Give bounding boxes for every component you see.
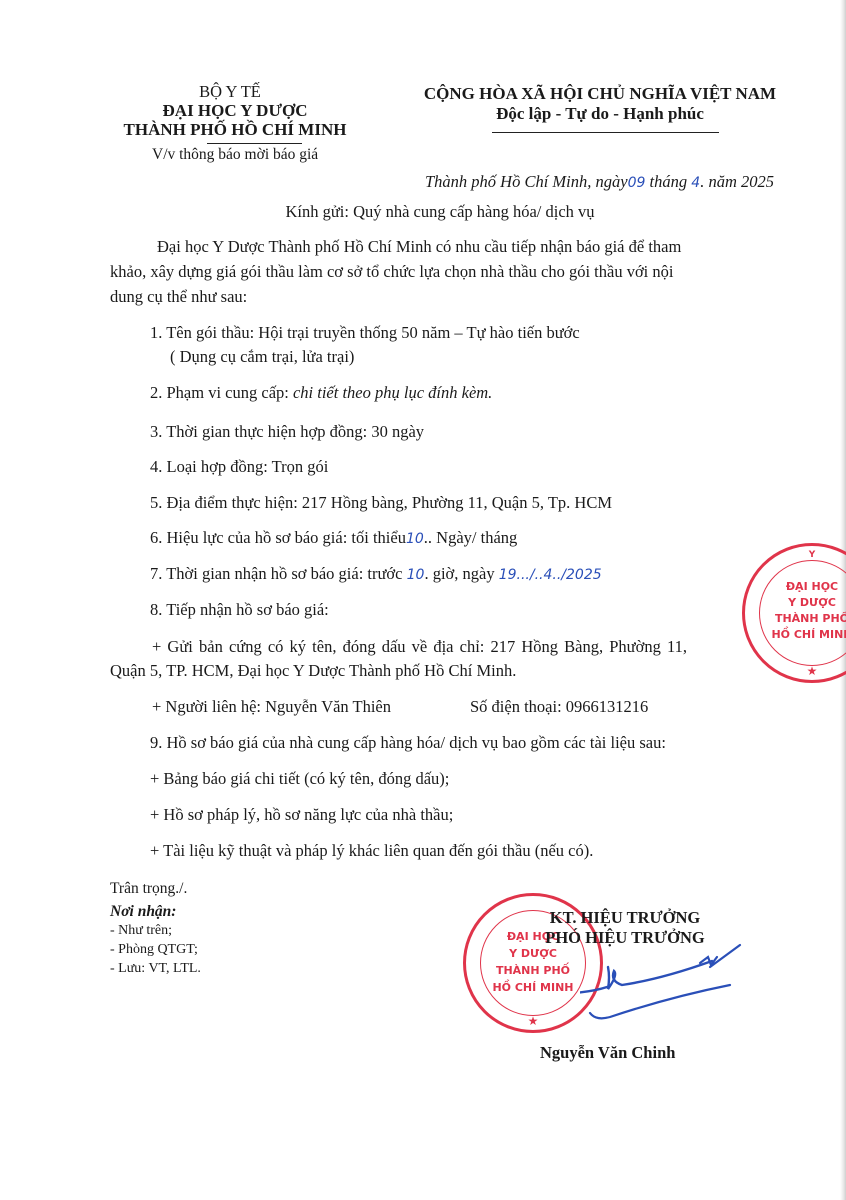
intro-line2: khảo, xây dựng giá gói thầu làm cơ sở tổ…	[110, 262, 673, 282]
stamp-top-text: Y	[745, 550, 846, 560]
item-7: 7. Thời gian nhận hồ sơ báo giá: trước 1…	[150, 564, 602, 584]
item-1-line1: 1. Tên gói thầu: Hội trại truyền thống 5…	[150, 323, 580, 343]
item-8-send-line1: + Gửi bản cứng có ký tên, đóng dấu về đị…	[152, 637, 687, 657]
item-7-mid: . giờ, ngày	[424, 564, 494, 583]
signer-name: Nguyễn Văn Chinh	[540, 1043, 675, 1063]
date-month: 4	[691, 175, 700, 191]
item-6: 6. Hiệu lực của hồ sơ báo giá: tối thiểu…	[150, 528, 517, 548]
item-2: 2. Phạm vi cung cấp: chi tiết theo phụ l…	[150, 383, 492, 403]
item-2-value: chi tiết theo phụ lục đính kèm.	[293, 383, 492, 402]
item-6-prefix: 6. Hiệu lực của hồ sơ báo giá: tối thiểu	[150, 528, 406, 547]
recipients-item: - Lưu: VT, LTL.	[110, 961, 201, 977]
item-2-label: 2. Phạm vi cung cấp:	[150, 383, 293, 402]
national-motto: Độc lập - Tự do - Hạnh phúc	[420, 104, 780, 124]
stamp-line: HỒ CHÍ MINH	[745, 628, 846, 641]
item-8: 8. Tiếp nhận hồ sơ báo giá:	[150, 600, 329, 620]
recipients-item: - Như trên;	[110, 923, 172, 939]
item-9: 9. Hồ sơ báo giá của nhà cung cấp hàng h…	[150, 733, 666, 753]
item-7-hour: 10	[407, 567, 425, 583]
recipient-line: Kính gửi: Quý nhà cung cấp hàng hóa/ dịc…	[180, 202, 700, 222]
stamp-line: ĐẠI HỌC	[745, 580, 846, 593]
official-stamp-margin: Y ĐẠI HỌC Y DƯỢC THÀNH PHỐ HỒ CHÍ MINH ★	[742, 543, 846, 683]
item-4: 4. Loại hợp đồng: Trọn gói	[150, 457, 328, 477]
item-9-sub1: + Bảng báo giá chi tiết (có ký tên, đóng…	[150, 769, 449, 789]
stamp-star-icon: ★	[745, 664, 846, 678]
item-1-line2: ( Dụng cụ cắm trại, lửa trại)	[170, 347, 354, 367]
recipients-title: Nơi nhận:	[110, 903, 176, 921]
contact-phone: Số điện thoại: 0966131216	[470, 697, 648, 717]
item-6-handwritten: 10	[406, 531, 424, 547]
org-name-line1: ĐẠI HỌC Y DƯỢC	[110, 101, 360, 121]
handwritten-signature-icon	[580, 935, 760, 1045]
item-6-suffix: .. Ngày/ tháng	[424, 528, 517, 547]
nation-title: CỘNG HÒA XÃ HỘI CHỦ NGHĨA VIỆT NAM	[420, 84, 780, 104]
item-5: 5. Địa điểm thực hiện: 217 Hồng bàng, Ph…	[150, 493, 612, 513]
closing: Trân trọng./.	[110, 880, 187, 898]
date-year: . năm 2025	[700, 172, 774, 191]
intro-line1: Đại học Y Dược Thành phố Hồ Chí Minh có …	[157, 237, 681, 257]
item-8-send-line2: Quận 5, TP. HCM, Đại học Y Dược Thành ph…	[110, 661, 516, 681]
document-subject: V/v thông báo mời báo giá	[152, 146, 318, 164]
header-right-rule	[492, 132, 719, 133]
stamp-line: THÀNH PHỐ	[745, 612, 846, 625]
item-7-date: 19.../..4../2025	[499, 567, 602, 583]
header-left-rule	[207, 143, 302, 144]
item-3: 3. Thời gian thực hiện hợp đồng: 30 ngày	[150, 422, 424, 442]
item-9-sub3: + Tài liệu kỹ thuật và pháp lý khác liên…	[150, 841, 593, 861]
intro-line3: dung cụ thể như sau:	[110, 287, 247, 307]
stamp-line: Y DƯỢC	[745, 596, 846, 609]
signature-title-1: KT. HIỆU TRƯỞNG	[500, 908, 750, 928]
item-9-sub2: + Hồ sơ pháp lý, hồ sơ năng lực của nhà …	[150, 805, 453, 825]
item-7-prefix: 7. Thời gian nhận hồ sơ báo giá: trước	[150, 564, 402, 583]
date-day: 09	[628, 175, 646, 191]
ministry-name: BỘ Y TẾ	[150, 82, 310, 102]
recipients-item: - Phòng QTGT;	[110, 942, 198, 958]
date-month-label: tháng	[650, 172, 688, 191]
contact-person: + Người liên hệ: Nguyễn Văn Thiên	[152, 697, 391, 717]
org-name-line2: THÀNH PHỐ HỒ CHÍ MINH	[110, 120, 360, 140]
date-prefix: Thành phố Hồ Chí Minh, ngày	[425, 172, 628, 191]
document-date: Thành phố Hồ Chí Minh, ngày09 tháng 4. n…	[425, 172, 774, 192]
